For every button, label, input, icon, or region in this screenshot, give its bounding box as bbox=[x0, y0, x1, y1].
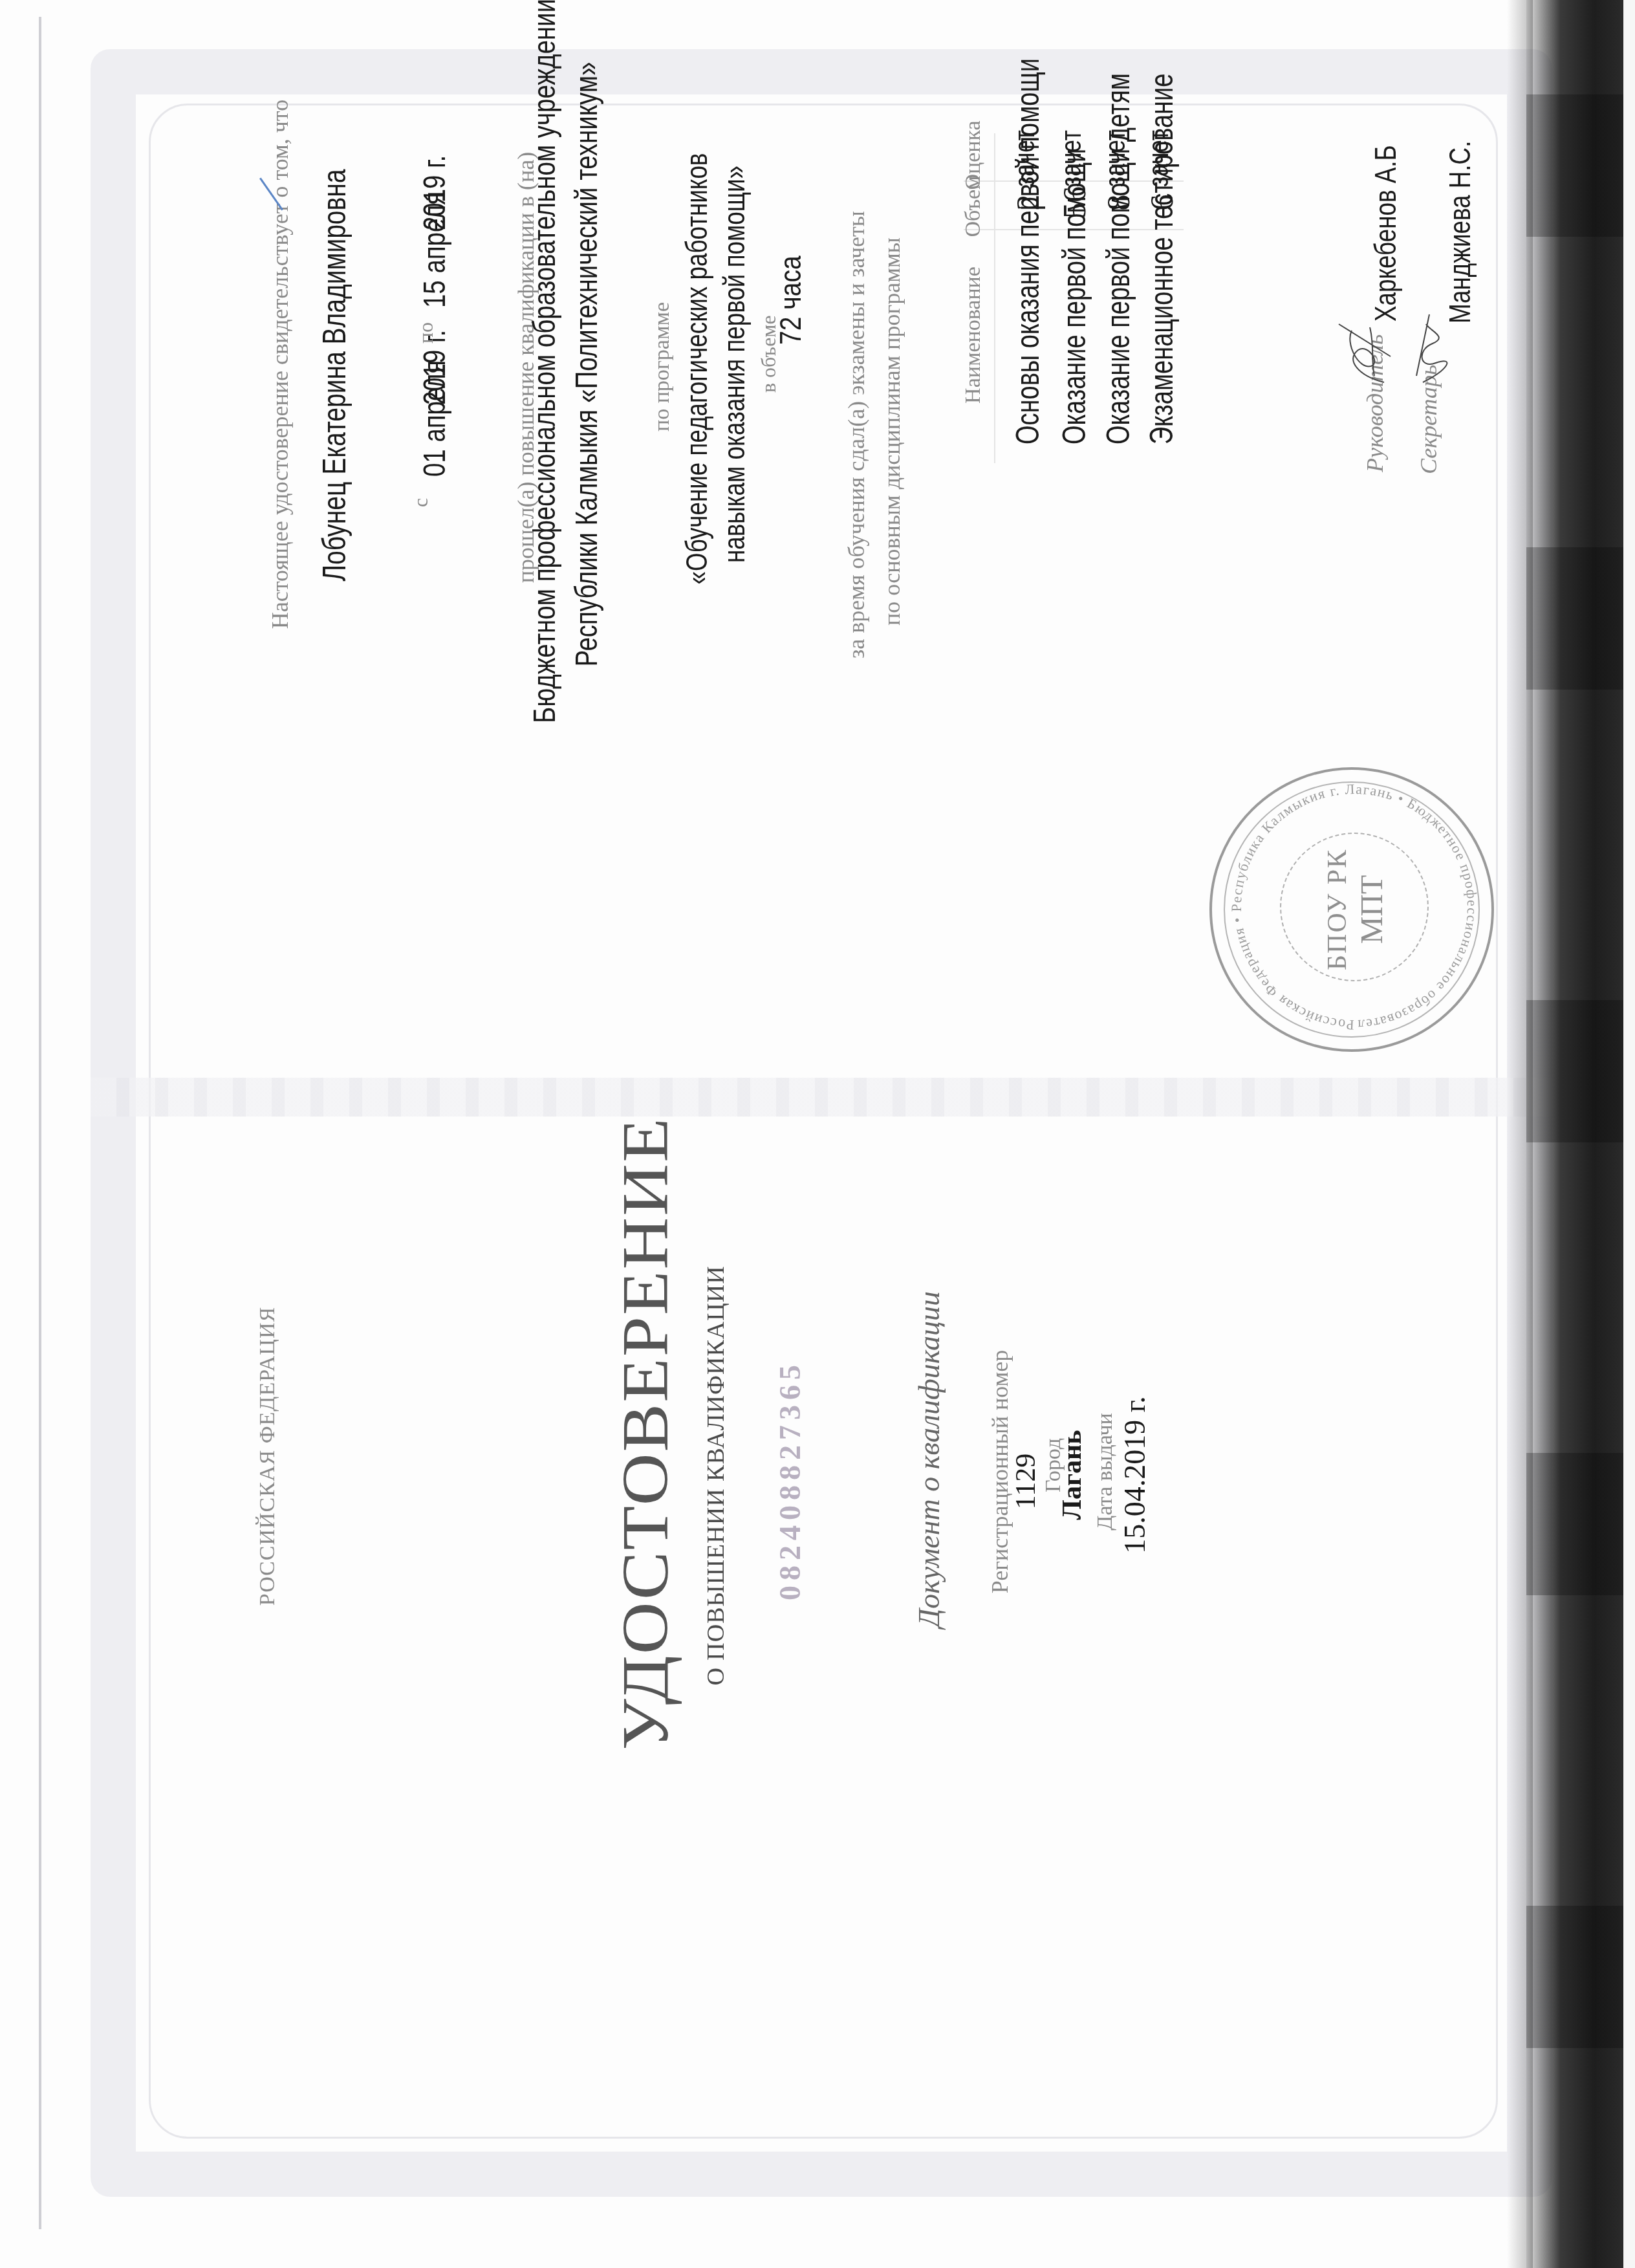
row-subject: Оказание первой помощи детям bbox=[1099, 73, 1137, 444]
center-spine-ornament bbox=[91, 1078, 1552, 1117]
row-hours: 6 bbox=[1143, 195, 1180, 211]
scanned-certificate: РОССИЙСКАЯ ФЕДЕРАЦИЯ УДОСТОВЕРЕНИЕ О ПОВ… bbox=[0, 0, 1635, 2268]
issue-date-label: Дата выдачи bbox=[1093, 1413, 1118, 1531]
secretary-name: Манджиева Н.С. bbox=[1442, 141, 1477, 323]
table-header-rule bbox=[994, 133, 995, 463]
program-title-line-1: «Обучение педагогических работников bbox=[679, 153, 714, 585]
row-grade: зачет bbox=[1099, 130, 1132, 187]
row-hours: 56 bbox=[1056, 186, 1093, 219]
row-subject: Экзаменационное тестирование bbox=[1143, 74, 1180, 444]
row-grade: зачет bbox=[1143, 130, 1175, 187]
head-signature-icon bbox=[1332, 318, 1403, 389]
institution-line-1: Бюджетном профессиональном образовательн… bbox=[527, 0, 563, 723]
row-subject: Основы оказания первой помощи bbox=[1009, 58, 1046, 444]
period-to-prefix: по bbox=[414, 322, 438, 343]
scan-dark-band bbox=[1526, 0, 1623, 2268]
head-name: Харкебенов А.Б bbox=[1368, 145, 1403, 322]
program-label: по программе bbox=[650, 302, 675, 431]
period-from-prefix: с bbox=[409, 498, 433, 507]
document-kind-label: Документ о квалификации bbox=[912, 1291, 946, 1628]
volume-value: 72 часа bbox=[773, 256, 808, 345]
row-hours: 2 bbox=[1009, 195, 1046, 211]
recipient-full-name: Лобунец Екатерина Владимировна bbox=[316, 169, 353, 581]
document-title: УДОСТОВЕРЕНИЕ bbox=[609, 1117, 684, 1750]
country-label: РОССИЙСКАЯ ФЕДЕРАЦИЯ bbox=[255, 1307, 280, 1606]
stamp-center-line-1: БПОУ РК bbox=[1322, 849, 1353, 970]
intro-text: Настоящее удостоверение свидетельствует … bbox=[266, 100, 294, 629]
row-hours: 8 bbox=[1099, 195, 1137, 211]
scan-margin bbox=[1623, 0, 1635, 2268]
table-header-name: Наименование bbox=[961, 267, 986, 404]
institution-line-2: Республики Калмыкия «Политехнический тех… bbox=[569, 62, 605, 667]
city-value: Лагань bbox=[1057, 1430, 1088, 1520]
exams-text-line-2: по основным дисциплинам программы bbox=[878, 237, 905, 626]
official-stamp: Российская Федерация • Республика Калмык… bbox=[1209, 767, 1494, 1052]
reg-number-value: 1129 bbox=[1009, 1454, 1042, 1509]
row-grade: зачет bbox=[1009, 130, 1041, 187]
document-subtitle: О ПОВЫШЕНИИ КВАЛИФИКАЦИИ bbox=[702, 1265, 730, 1685]
stamp-center-line-2: МПТ bbox=[1354, 875, 1390, 944]
program-title-line-2: навыкам оказания первой помощи» bbox=[717, 166, 752, 563]
row-grade: зачет bbox=[1056, 130, 1088, 187]
serial-number: 082408827365 bbox=[773, 1360, 807, 1600]
table-header-grade: Оценка bbox=[961, 120, 986, 190]
period-to-year: 2019 г. bbox=[417, 155, 453, 230]
exams-text-line-1: за время обучения сдал(а) экзамены и зач… bbox=[843, 211, 870, 659]
issue-date-value: 15.04.2019 г. bbox=[1118, 1396, 1152, 1554]
